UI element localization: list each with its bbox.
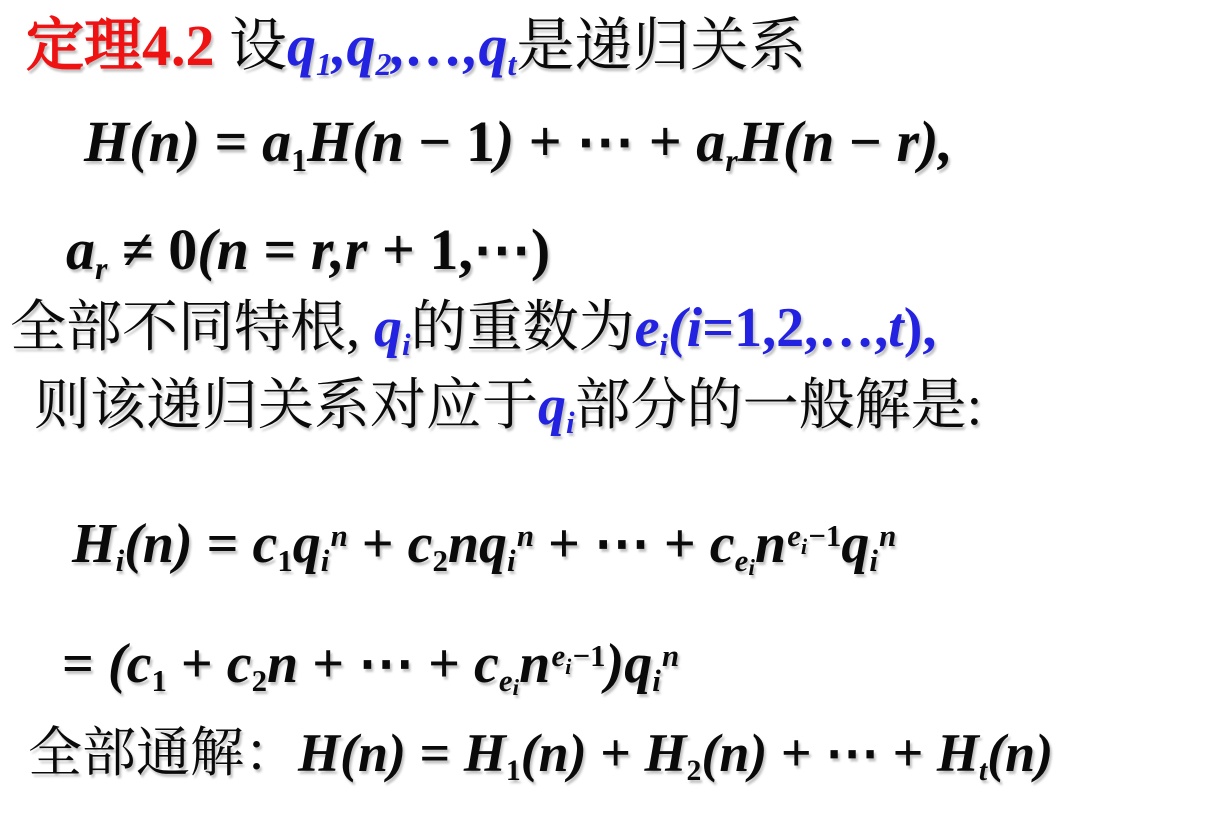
total-general-solution: 全部通解：H(n) = H1(n) + H2(n) + ⋯ + Ht(n) bbox=[28, 724, 1053, 783]
token: n bbox=[661, 639, 679, 673]
token: q bbox=[624, 633, 652, 695]
token: H bbox=[72, 513, 116, 575]
token: ), bbox=[904, 297, 937, 359]
token: 1 bbox=[506, 755, 521, 787]
token: = bbox=[62, 633, 108, 695]
token: e bbox=[635, 297, 660, 359]
token: H bbox=[937, 723, 979, 783]
token: c bbox=[227, 633, 252, 695]
token: i bbox=[659, 328, 668, 362]
factored-solution-formula: = (c1 + c2n + ⋯ + ceinei−1)qin bbox=[62, 634, 679, 696]
token: c bbox=[408, 513, 433, 575]
token: = bbox=[193, 513, 253, 575]
token: + bbox=[167, 633, 227, 695]
token: a bbox=[66, 217, 95, 282]
hi-solution-formula: Hi(n) = c1qin + c2nqin + ⋯ + ceinei−1qin bbox=[72, 514, 896, 576]
token: H bbox=[644, 723, 686, 783]
token: n bbox=[719, 723, 749, 783]
general-solution-intro-text: 则该递归关系对应于qi部分的一般解是: bbox=[34, 376, 982, 438]
token: e bbox=[499, 664, 513, 698]
token: 2 bbox=[375, 47, 391, 82]
token: n bbox=[539, 723, 569, 783]
token: c bbox=[474, 633, 499, 695]
token: a bbox=[262, 109, 291, 174]
token: + ⋯ + bbox=[298, 633, 474, 695]
token: − bbox=[404, 109, 466, 174]
token: n bbox=[1005, 723, 1035, 783]
token: r bbox=[725, 143, 737, 178]
token: − bbox=[834, 109, 896, 174]
token: n bbox=[217, 217, 249, 282]
token: ( bbox=[783, 109, 802, 174]
token: r bbox=[345, 217, 368, 282]
token: = bbox=[200, 109, 262, 174]
token: 0 bbox=[168, 217, 197, 282]
token: 全部通解： bbox=[28, 723, 298, 783]
theorem-slide: 定理4.2 设q1,q2,…,qt是递归关系 H(n) = a1H(n − 1)… bbox=[0, 0, 1218, 820]
token: i bbox=[869, 544, 878, 578]
token: q bbox=[293, 513, 321, 575]
token: −1 bbox=[807, 519, 841, 553]
token: ( bbox=[668, 297, 687, 359]
token: q bbox=[538, 375, 566, 437]
token: i bbox=[402, 328, 411, 362]
token: t bbox=[979, 755, 987, 787]
token: 2 bbox=[252, 664, 267, 698]
token: 1 bbox=[291, 143, 307, 178]
token: q bbox=[374, 297, 402, 359]
token: n bbox=[755, 513, 786, 575]
token: 则该递归关系对应于 bbox=[34, 375, 538, 437]
token: n bbox=[519, 633, 550, 695]
token: e bbox=[786, 519, 801, 553]
token: c bbox=[127, 633, 152, 695]
token: i bbox=[566, 406, 575, 440]
token: n bbox=[516, 519, 534, 553]
token: 1 bbox=[151, 664, 166, 698]
token: e bbox=[550, 639, 565, 673]
token: H bbox=[84, 109, 129, 174]
theorem-label: 定理4.2 bbox=[26, 13, 215, 78]
token: 部分的一般解是: bbox=[575, 375, 983, 437]
token: n bbox=[267, 633, 298, 695]
token: ) bbox=[569, 723, 587, 783]
token: ,…, bbox=[391, 13, 478, 78]
token: , bbox=[330, 217, 345, 282]
title-line: 定理4.2 设q1,q2,…,qt是递归关系 bbox=[26, 14, 806, 78]
token: ( bbox=[352, 109, 371, 174]
token: n bbox=[802, 109, 834, 174]
token: q bbox=[841, 513, 869, 575]
token: = bbox=[702, 297, 734, 359]
token: t bbox=[888, 297, 904, 359]
token: n bbox=[329, 519, 347, 553]
token: 全部不同特根, bbox=[10, 297, 374, 359]
token: 1 bbox=[316, 47, 332, 82]
token: ≠ bbox=[107, 217, 168, 282]
token: 1 bbox=[277, 544, 292, 578]
token: ) bbox=[174, 513, 193, 575]
token: i bbox=[652, 664, 661, 698]
token: 设 bbox=[215, 13, 288, 78]
token: n bbox=[358, 723, 388, 783]
token: c bbox=[710, 513, 735, 575]
token: i bbox=[513, 675, 520, 701]
token: + bbox=[587, 723, 645, 783]
token: e bbox=[735, 544, 749, 578]
token: ( bbox=[340, 723, 358, 783]
recurrence-relation-formula: H(n) = a1H(n − 1) + ⋯ + arH(n − r), bbox=[84, 110, 953, 174]
token: i bbox=[507, 544, 516, 578]
token: q bbox=[287, 13, 316, 78]
token: r bbox=[95, 251, 107, 286]
token: i bbox=[687, 297, 703, 359]
token: r bbox=[896, 109, 919, 174]
token: n bbox=[878, 519, 896, 553]
token: q bbox=[479, 513, 507, 575]
token: n bbox=[372, 109, 404, 174]
token: + ⋯ + bbox=[767, 723, 937, 783]
token: ( bbox=[124, 513, 143, 575]
token: ), bbox=[919, 109, 953, 174]
token: q bbox=[346, 13, 375, 78]
token: i bbox=[748, 555, 755, 581]
token: H bbox=[738, 109, 783, 174]
token: q bbox=[478, 13, 507, 78]
token: ) bbox=[495, 109, 514, 174]
token: + ⋯ + bbox=[534, 513, 710, 575]
token: ( bbox=[521, 723, 539, 783]
token: , bbox=[332, 13, 347, 78]
token: ( bbox=[197, 217, 216, 282]
token: = bbox=[406, 723, 464, 783]
token: ) bbox=[1035, 723, 1053, 783]
token: r bbox=[311, 217, 330, 282]
token: n bbox=[143, 513, 174, 575]
token: + ⋯ + bbox=[514, 109, 696, 174]
token: ) bbox=[181, 109, 200, 174]
token: ) bbox=[606, 633, 625, 695]
token: H bbox=[464, 723, 506, 783]
token: H bbox=[307, 109, 352, 174]
token: + bbox=[348, 513, 408, 575]
token: 的重数为 bbox=[411, 297, 635, 359]
distinct-roots-multiplicity-text: 全部不同特根, qi的重数为ei(i=1,2,…,t), bbox=[10, 298, 936, 360]
token: = bbox=[249, 217, 311, 282]
token: t bbox=[507, 47, 516, 82]
token: + 1,⋯) bbox=[367, 217, 550, 282]
token: ) bbox=[388, 723, 406, 783]
token: −1 bbox=[571, 639, 605, 673]
token: c bbox=[253, 513, 278, 575]
token: 1,2,…, bbox=[734, 297, 888, 359]
token: 1 bbox=[466, 109, 495, 174]
token: H bbox=[298, 723, 340, 783]
token: a bbox=[696, 109, 725, 174]
token: n bbox=[148, 109, 180, 174]
token: 2 bbox=[686, 755, 701, 787]
token: ( bbox=[987, 723, 1005, 783]
token: ( bbox=[701, 723, 719, 783]
token: n bbox=[448, 513, 479, 575]
token: ( bbox=[108, 633, 127, 695]
token: ) bbox=[749, 723, 767, 783]
token: ( bbox=[129, 109, 148, 174]
nonzero-condition-formula: ar ≠ 0(n = r,r + 1,⋯) bbox=[66, 218, 550, 282]
token: 2 bbox=[432, 544, 447, 578]
token: 是递归关系 bbox=[516, 13, 806, 78]
token: i bbox=[116, 544, 125, 578]
